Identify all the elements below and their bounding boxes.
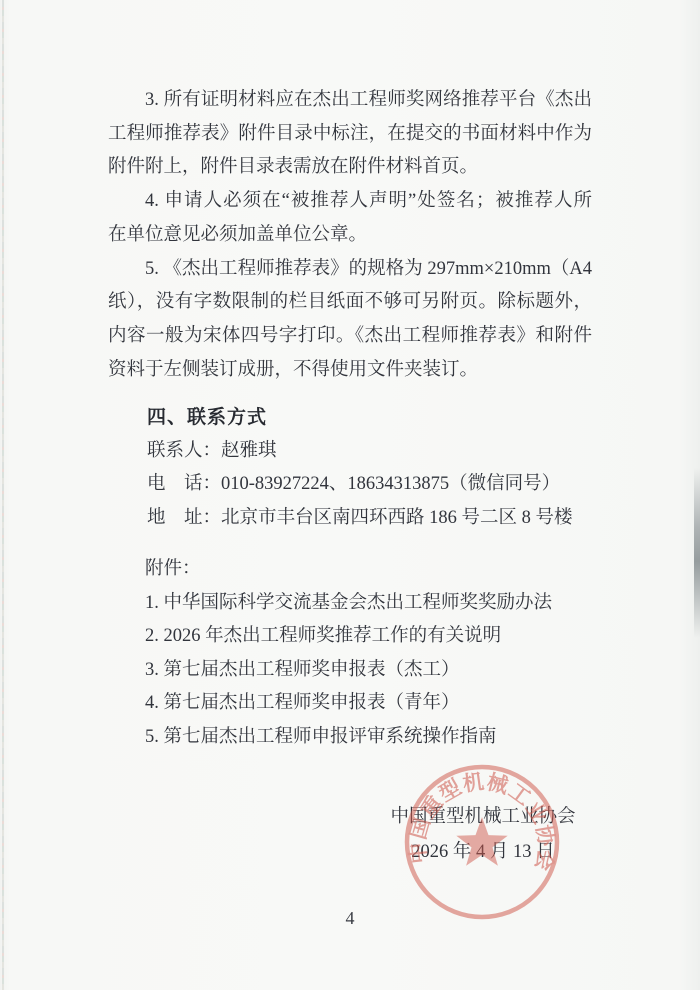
paragraph-3-line-3: 附件附上，附件目录表需放在附件材料首页。 — [108, 151, 592, 185]
contact-address: 地 址：北京市丰台区南四环西路 186 号二区 8 号楼 — [147, 502, 627, 536]
attachment-item-3: 3. 第七届杰出工程师奖申报表（杰工） — [145, 654, 625, 688]
contact-person: 联系人：赵雅琪 — [147, 435, 627, 469]
attachments-label: 附件： — [145, 553, 625, 587]
body-text: 3. 所有证明材料应在杰出工程师奖网络推荐平台《杰出 工程师推荐表》附件目录中标… — [108, 84, 592, 387]
attachment-item-5: 5. 第七届杰出工程师申报评审系统操作指南 — [145, 721, 625, 755]
paragraph-4-line-1: 4. 申请人必须在“被推荐人声明”处签名；被推荐人所 — [108, 185, 592, 219]
paragraph-3-line-1: 3. 所有证明材料应在杰出工程师奖网络推荐平台《杰出 — [108, 84, 592, 118]
attachment-item-2: 2. 2026 年杰出工程师奖推荐工作的有关说明 — [145, 620, 625, 654]
contact-section: 四、联系方式 联系人：赵雅琪 电 话：010-83927224、18634313… — [147, 401, 627, 536]
attachment-item-1: 1. 中华国际科学交流基金会杰出工程师奖奖励办法 — [145, 587, 625, 621]
scan-artifact-left-edge — [2, 0, 4, 990]
paragraph-5-line-4: 资料于左侧装订成册，不得使用文件夹装订。 — [108, 354, 592, 388]
paragraph-3-line-2: 工程师推荐表》附件目录中标注，在提交的书面材料中作为 — [108, 118, 592, 152]
attachments-section: 附件： 1. 中华国际科学交流基金会杰出工程师奖奖励办法 2. 2026 年杰出… — [145, 553, 625, 755]
scan-artifact-right-edge — [694, 468, 700, 638]
signing-date: 2026 年 4 月 13 日 — [383, 835, 583, 870]
attachment-item-4: 4. 第七届杰出工程师奖申报表（青年） — [145, 687, 625, 721]
page-number: 4 — [0, 908, 700, 929]
paragraph-5-line-1: 5. 《杰出工程师推荐表》的规格为 297mm×210mm（A4 — [108, 253, 592, 287]
paragraph-5-line-3: 内容一般为宋体四号字打印。《杰出工程师推荐表》和附件 — [108, 320, 592, 354]
signing-organization: 中国重型机械工业协会 — [383, 800, 583, 835]
paragraph-4-line-2: 在单位意见必须加盖单位公章。 — [108, 219, 592, 253]
paragraph-5-line-2: 纸），没有字数限制的栏目纸面不够可另附页。除标题外， — [108, 286, 592, 320]
scanned-document-page: { "body": { "paragraphs": [ { "lines": [… — [0, 0, 700, 990]
contact-section-heading: 四、联系方式 — [147, 401, 627, 435]
contact-phone: 电 话：010-83927224、18634313875（微信同号） — [147, 468, 627, 502]
signature-block: 中国重型机械工业协会 2026 年 4 月 13 日 — [383, 800, 583, 869]
